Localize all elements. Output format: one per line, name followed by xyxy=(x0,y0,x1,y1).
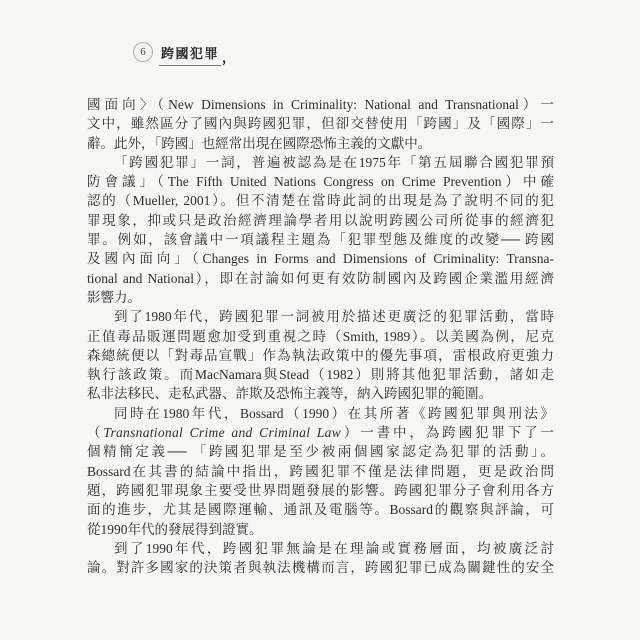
text-line: 從1990年代的發展得到證實。 xyxy=(87,520,554,539)
running-title-mark: ， xyxy=(222,47,235,66)
text-line: 影響力。 xyxy=(87,288,554,307)
text-line: 防會議」（The Fifth United Nations Congress o… xyxy=(87,172,554,191)
text-line: 正值毒品販運問題愈加受到重視之時（Smith, 1989）。以美國為例，尼克 xyxy=(87,327,554,346)
text-line: 個精簡定義── 「跨國犯罪是至少被兩個國家認定為犯罪的活動」。 xyxy=(87,442,554,461)
text-line: 執行該政策。而MacNamara與Stead（1982）則將其他犯罪活動，諸如走 xyxy=(87,365,554,384)
text-line: tional and National），即在討論如何更有效防制國內及跨國企業濫… xyxy=(87,269,554,288)
book-page: 6 跨國犯罪， 國面向〉（New Dimensions in Criminali… xyxy=(0,0,640,640)
text-line: 辭。此外，「跨國」也經常出現在國際恐怖主義的文獻中。 xyxy=(87,134,554,153)
text-line: 「跨國犯罪」一詞，普遍被認為是在1975年「第五屆聯合國犯罪預 xyxy=(87,153,554,172)
text-line: 認的（Mueller, 2001）。但不清楚在當時此詞的出現是為了說明不同的犯 xyxy=(87,191,554,210)
text-line: Bossard在其書的結論中指出，跨國犯罪不僅是法律問題，更是政治問 xyxy=(87,462,554,481)
text-line: 罪現象，抑或只是政治經濟理論學者用以說明跨國公司所從事的經濟犯 xyxy=(87,211,554,230)
text-line: 論。對許多國家的決策者與執法機構而言，跨國犯罪已成為關鍵性的安全 xyxy=(87,558,554,577)
text-line: 私非法移民、走私武器、詐欺及恐怖主義等，納入跨國犯罪的範圍。 xyxy=(87,384,554,403)
page-number: 6 xyxy=(133,42,153,62)
text-line: 題，跨國犯罪現象主要受世界問題發展的影響。跨國犯罪分子會利用各方 xyxy=(87,481,554,500)
text-line: 罪。例如，該會議中一項議程主題為「犯罪型態及維度的改變── 跨國 xyxy=(87,230,554,249)
text-line: 森總統便以「對毒品宣戰」作為執法政策中的優先事項，雷根政府更強力 xyxy=(87,346,554,365)
text-line: 面的進步，尤其是國際運輸、通訊及電腦等。Bossard的觀察與評論，可 xyxy=(87,500,554,519)
text-line: 文中，雖然區分了國內與跨國犯罪，但卻交替使用「跨國」及「國際」一 xyxy=(87,114,554,133)
text-line: 國面向〉（New Dimensions in Criminality: Nati… xyxy=(87,95,554,114)
body-text: 國面向〉（New Dimensions in Criminality: Nati… xyxy=(87,95,554,577)
running-title: 跨國犯罪 xyxy=(159,43,221,66)
text-line: 到了1980年代，跨國犯罪一詞被用於描述更廣泛的犯罪活動，當時 xyxy=(87,307,554,326)
page-header: 6 跨國犯罪， xyxy=(0,0,640,80)
text-line: （Transnational Crime and Criminal Law）一書… xyxy=(87,423,554,442)
text-line: 及國內面向」（Changes in Forms and Dimensions o… xyxy=(87,249,554,268)
running-header: 跨國犯罪， xyxy=(159,43,234,66)
text-line: 同時在1980年代，Bossard（1990）在其所著《跨國犯罪與刑法》 xyxy=(87,404,554,423)
text-line: 到了1990年代，跨國犯罪無論是在理論或實務層面，均被廣泛討 xyxy=(87,539,554,558)
